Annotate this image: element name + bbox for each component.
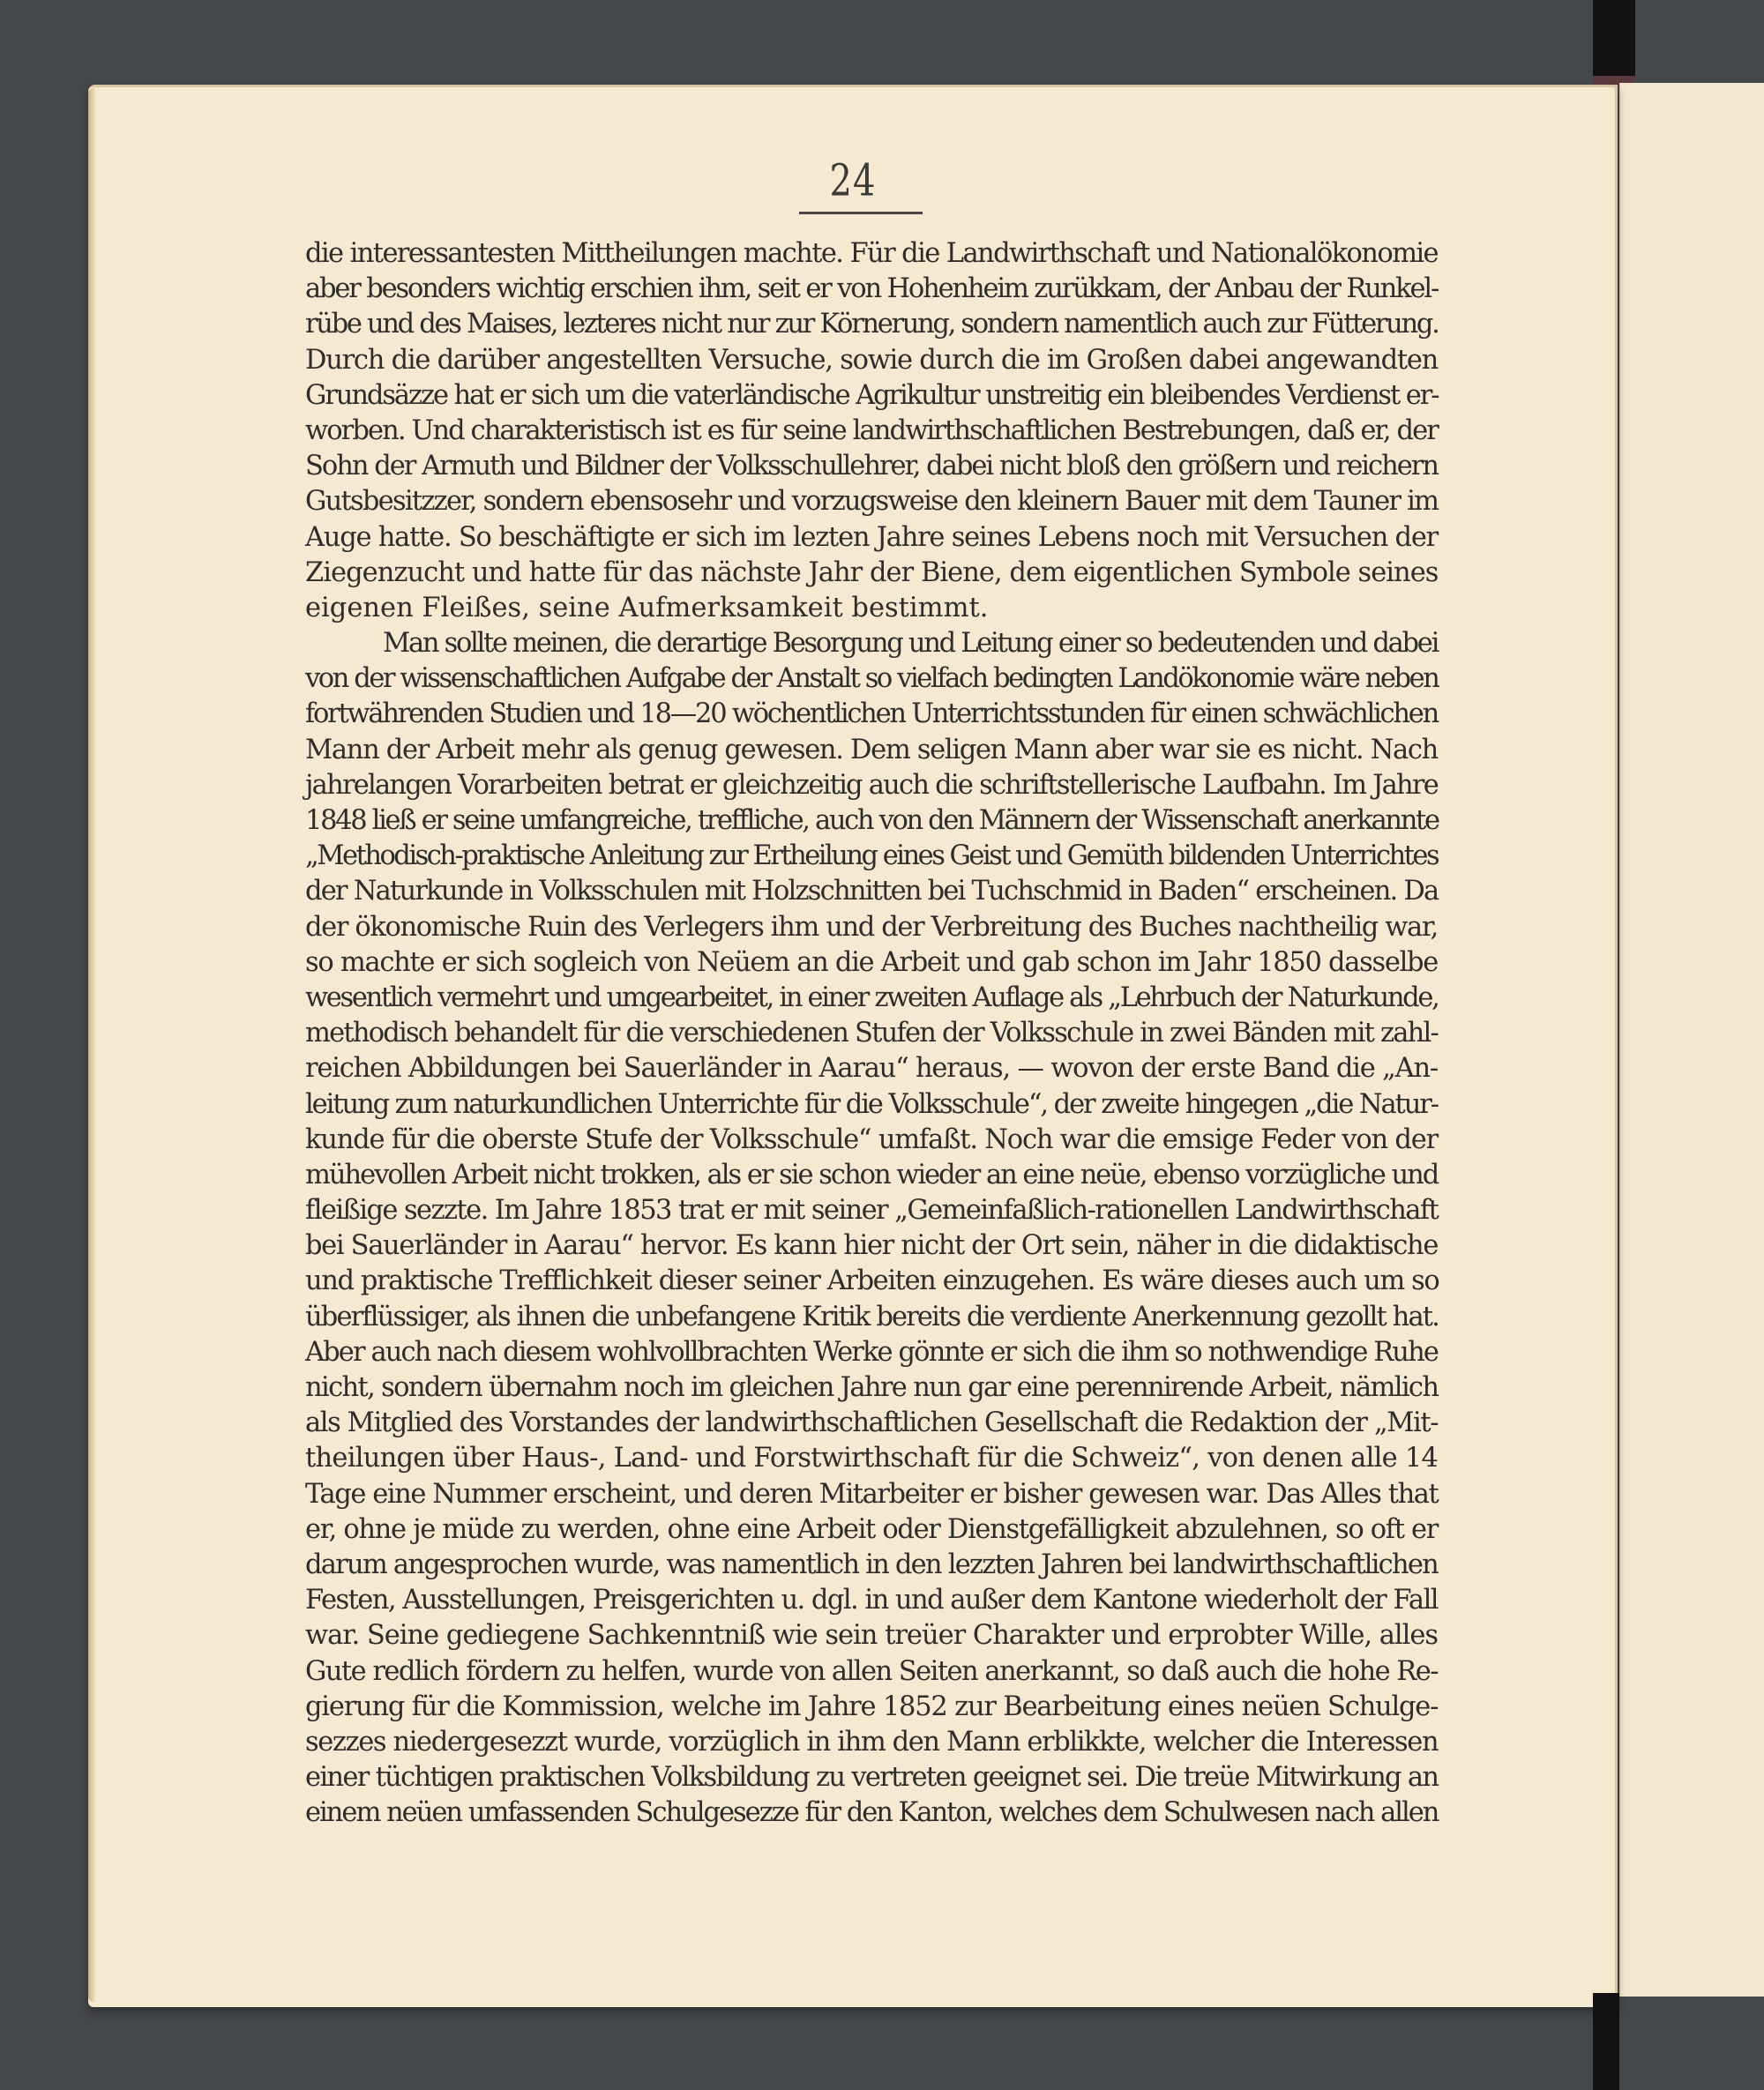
- text-line: Sohn der Armuth und Bildner der Volkssch…: [305, 449, 1438, 484]
- text-line: „Methodisch-praktische Anleitung zur Ert…: [305, 839, 1438, 874]
- text-line: Gutsbesitzzer, sondern ebensosehr und vo…: [305, 484, 1438, 519]
- text-line: aber besonders wichtig erschien ihm, sei…: [305, 272, 1438, 307]
- text-line: 1848 ließ er seine umfangreiche, treffli…: [305, 803, 1438, 839]
- book-page: 24 die interessantesten Mittheilungen ma…: [88, 85, 1618, 2007]
- text-line: nicht, sondern übernahm noch im gleichen…: [305, 1370, 1438, 1406]
- text-line: Gute redlich fördern zu helfen, wurde vo…: [305, 1654, 1438, 1690]
- text-line: so machte er sich sogleich von Neüem an …: [305, 945, 1438, 981]
- text-line: die interessantesten Mittheilungen macht…: [305, 236, 1438, 272]
- text-line: rübe und des Maises, lezteres nicht nur …: [305, 307, 1438, 342]
- text-line: sezzes niedergesezzt wurde, vorzüglich i…: [305, 1725, 1438, 1760]
- facing-page-edge: [1619, 83, 1764, 1997]
- text-line: Auge hatte. So beschäftigte er sich im l…: [305, 520, 1438, 556]
- text-line: wesentlich vermehrt und umgearbeitet, in…: [305, 981, 1438, 1016]
- text-line: Durch die darüber angestellten Versuche,…: [305, 343, 1438, 378]
- text-line: bei Sauerländer in Aarau“ hervor. Es kan…: [305, 1228, 1438, 1264]
- text-line: mühevollen Arbeit nicht trokken, als er …: [305, 1158, 1438, 1193]
- text-line: fleißige sezzte. Im Jahre 1853 trat er m…: [305, 1193, 1438, 1228]
- text-line: der ökonomische Ruin des Verlegers ihm u…: [305, 910, 1438, 945]
- body-text: die interessantesten Mittheilungen macht…: [305, 236, 1438, 1831]
- text-line: methodisch behandelt für die verschieden…: [305, 1016, 1438, 1051]
- page-edge: [88, 88, 95, 2002]
- text-line: eigenen Fleißes, seine Aufmerksamkeit be…: [305, 591, 1438, 626]
- paragraph: Man sollte meinen, die derartige Besorgu…: [305, 626, 1438, 1831]
- text-line: worben. Und charakteristisch ist es für …: [305, 414, 1438, 449]
- page-number: 24: [88, 155, 1618, 206]
- text-line: Mann der Arbeit mehr als genug gewesen. …: [305, 733, 1438, 768]
- text-line: von der wissenschaftlichen Aufgabe der A…: [305, 661, 1438, 697]
- text-line: überflüssiger, als ihnen die unbefangene…: [305, 1300, 1438, 1335]
- text-line: und praktische Trefflichkeit dieser sein…: [305, 1264, 1438, 1299]
- text-line: fortwährenden Studien und 18—20 wöchentl…: [305, 697, 1438, 732]
- text-line: Festen, Ausstellungen, Preisgerichten u.…: [305, 1583, 1438, 1618]
- text-line: kunde für die oberste Stufe der Volkssch…: [305, 1123, 1438, 1158]
- text-line: Aber auch nach diesem wohlvollbrachten W…: [305, 1335, 1438, 1370]
- text-line: Grundsäzze hat er sich um die vaterländi…: [305, 378, 1438, 414]
- text-line: darum angesprochen wurde, was namentlich…: [305, 1548, 1438, 1583]
- paragraph: die interessantesten Mittheilungen macht…: [305, 236, 1438, 626]
- text-line: jahrelangen Vorarbeiten betrat er gleich…: [305, 768, 1438, 803]
- text-line: Man sollte meinen, die derartige Besorgu…: [305, 626, 1438, 661]
- text-line: theilungen über Haus-, Land- und Forstwi…: [305, 1441, 1438, 1476]
- text-line: einem neüen umfassenden Schulgesezze für…: [305, 1795, 1438, 1831]
- text-line: er, ohne je müde zu werden, ohne eine Ar…: [305, 1512, 1438, 1548]
- bookmark-ribbon-bottom: [1593, 1993, 1619, 2090]
- header-rule: [799, 212, 923, 214]
- text-line: der Naturkunde in Volksschulen mit Holzs…: [305, 874, 1438, 909]
- text-line: als Mitglied des Vorstandes der landwirt…: [305, 1406, 1438, 1441]
- text-line: gierung für die Kommission, welche im Ja…: [305, 1690, 1438, 1725]
- text-line: Tage eine Nummer erscheint, und deren Mi…: [305, 1477, 1438, 1512]
- text-line: leitung zum naturkundlichen Unterrichte …: [305, 1087, 1438, 1123]
- bookmark-ribbon-top: [1593, 0, 1635, 88]
- text-line: war. Seine gediegene Sachkenntniß wie se…: [305, 1618, 1438, 1653]
- text-line: reichen Abbildungen bei Sauerländer in A…: [305, 1051, 1438, 1086]
- text-line: einer tüchtigen praktischen Volksbildung…: [305, 1760, 1438, 1795]
- text-line: Ziegenzucht und hatte für das nächste Ja…: [305, 556, 1438, 591]
